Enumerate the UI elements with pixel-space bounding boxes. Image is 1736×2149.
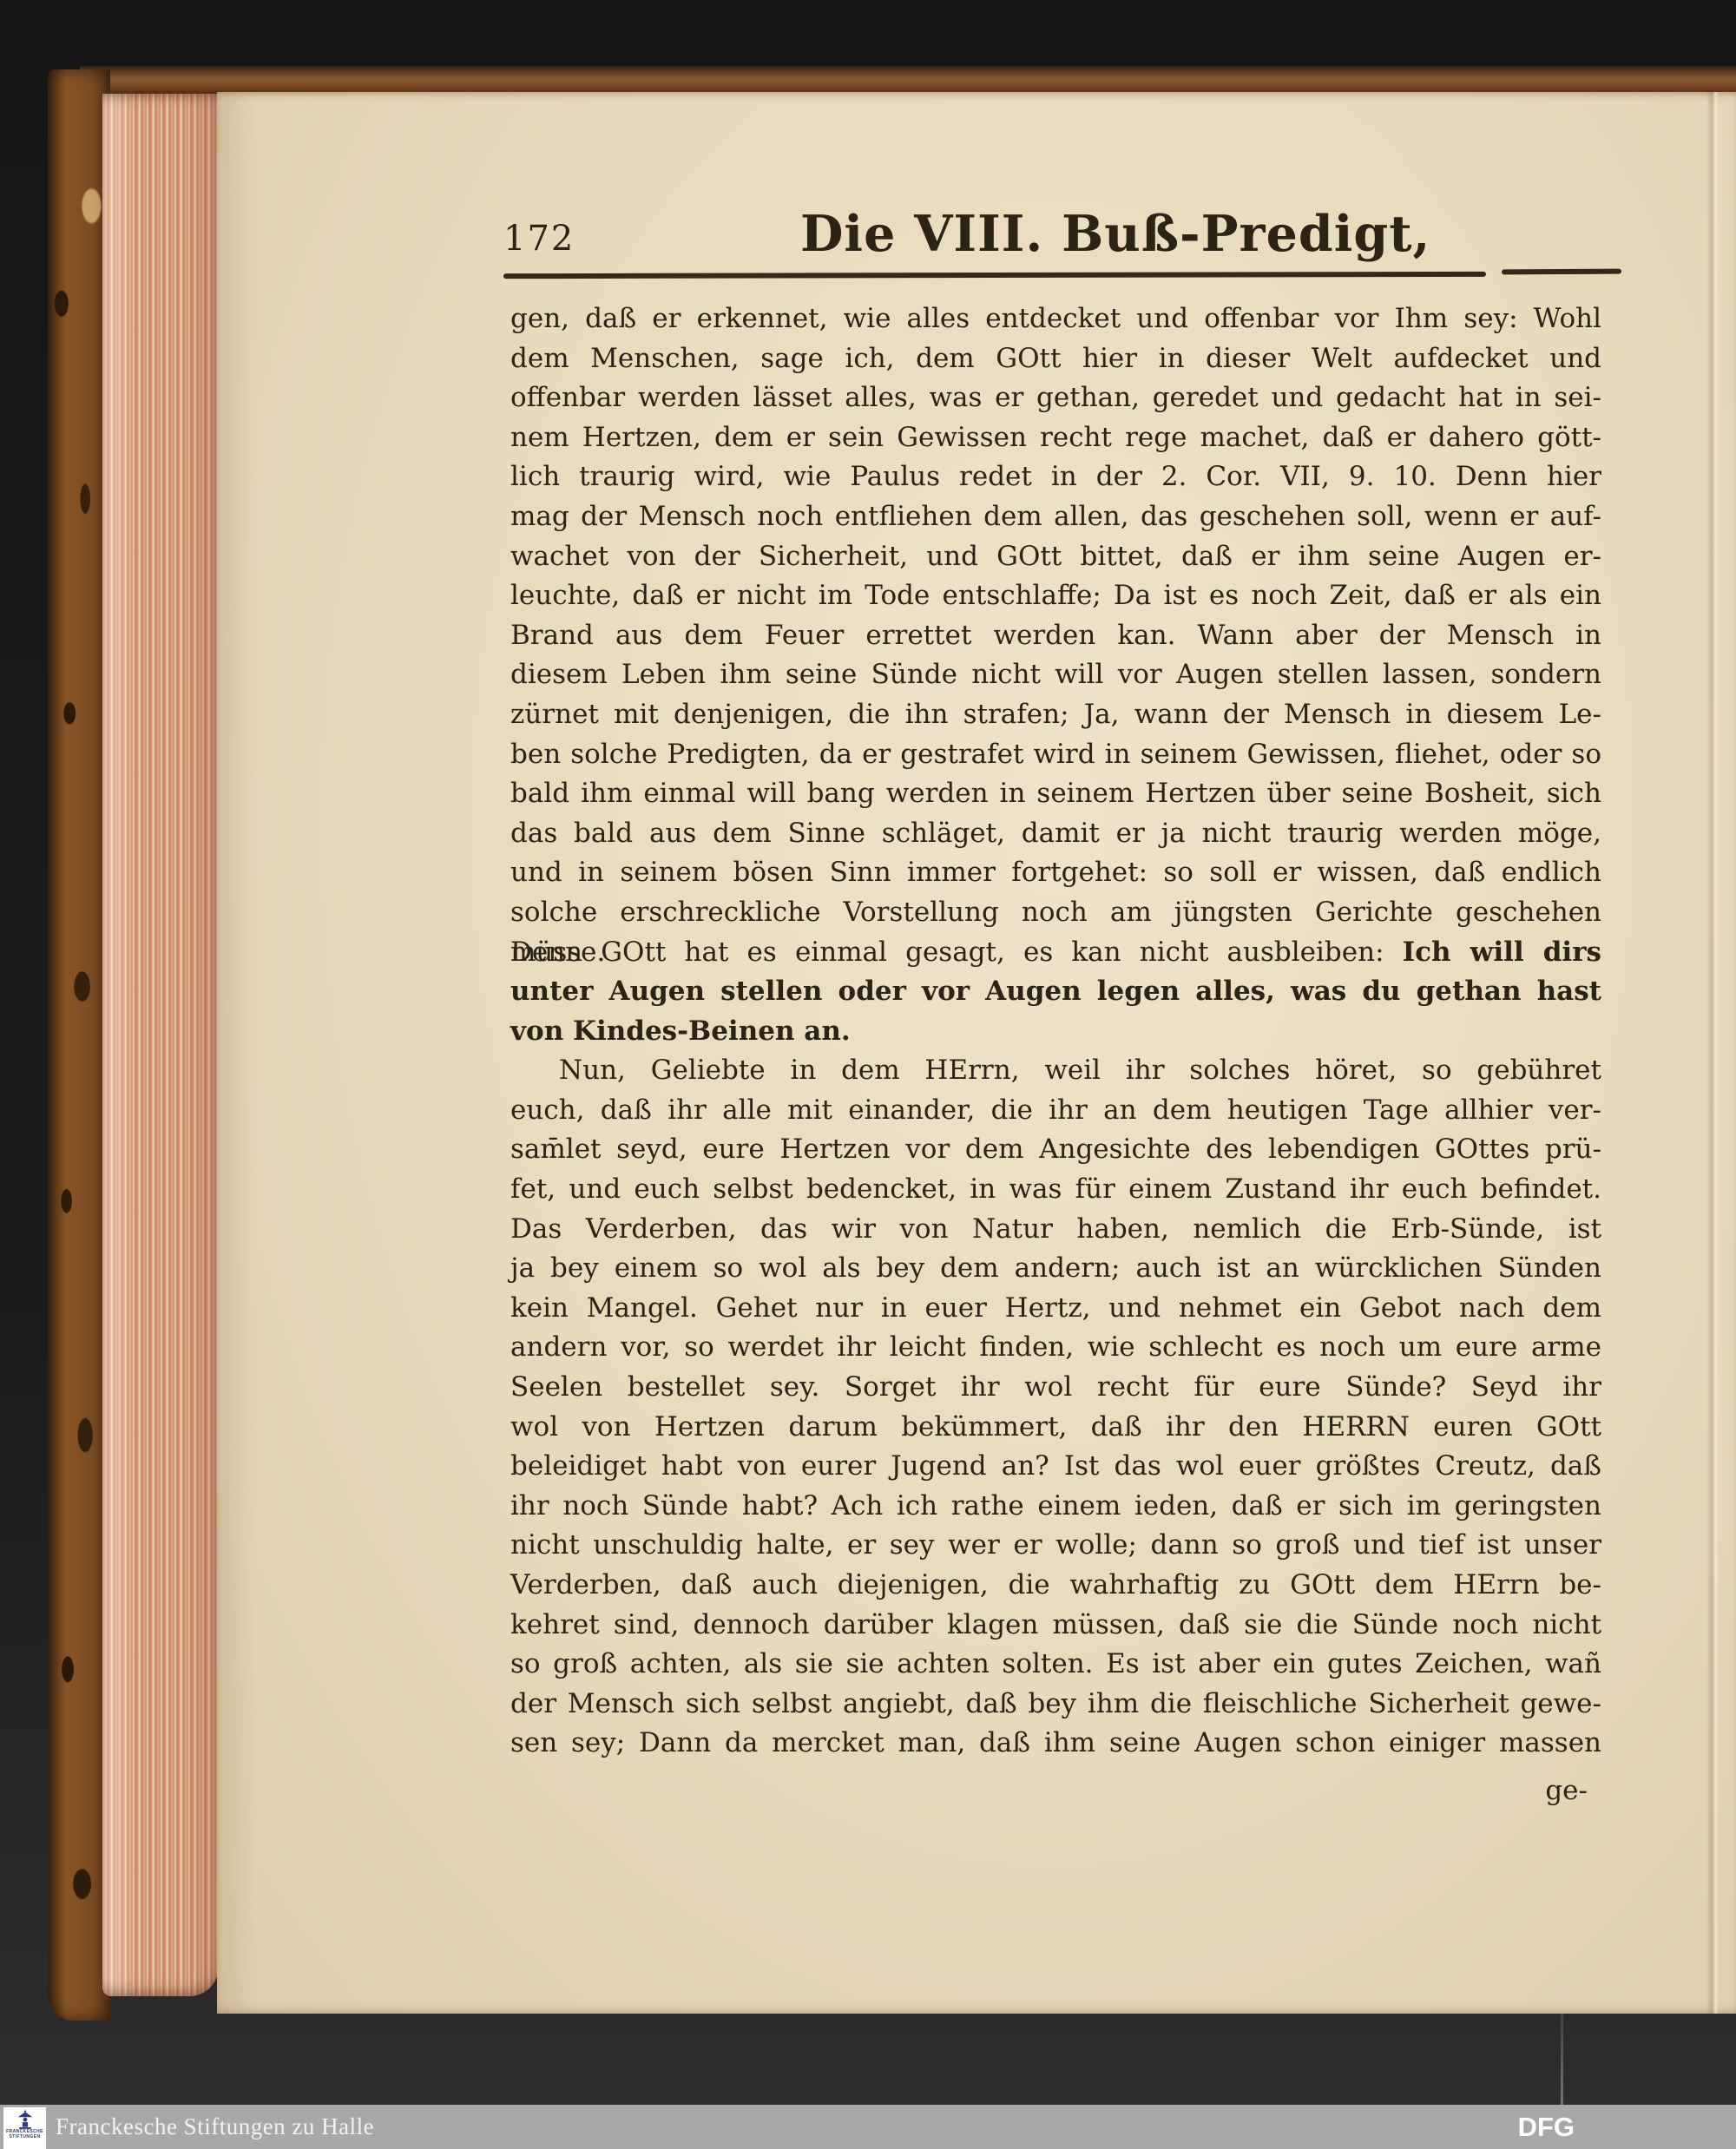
logo-word-2: STIFTUNGEN: [10, 2134, 41, 2139]
text-segment: dem Menschen, sage ich, dem GOtt hier in…: [510, 343, 1601, 374]
text-line: wachet von der Sicherheit, und GOtt bitt…: [510, 537, 1601, 577]
text-segment: fet, und euch selbst bedencket, in was f…: [510, 1173, 1601, 1205]
text-segment: nicht unschuldig halte, er sey wer er wo…: [510, 1529, 1601, 1561]
text-line: offenbar werden lässet alles, was er get…: [510, 378, 1601, 418]
text-segment: beleidiget habt von eurer Jugend an? Ist…: [510, 1450, 1601, 1482]
text-line: von Kindes-Beinen an.: [510, 1012, 1601, 1052]
page-fore-edges: [102, 94, 219, 1996]
emphasized-text: von Kindes-Beinen an.: [510, 1015, 851, 1047]
text-line: und in seinem bösen Sinn immer fortgehet…: [510, 853, 1601, 893]
digitized-book-scan: 172 Die VIII. Buß-Predigt, gen, daß er e…: [0, 0, 1736, 2149]
gutter-shadow: [1706, 92, 1719, 2014]
text-line: nem Hertzen, dem er sein Gewissen recht …: [510, 418, 1601, 458]
text-line: leuchte, daß er nicht im Tode entschlaff…: [510, 576, 1601, 616]
header-rule: [503, 272, 1486, 279]
text-line: lich traurig wird, wie Paulus redet in d…: [510, 457, 1601, 497]
text-segment: Brand aus dem Feuer errettet werden kan.…: [510, 620, 1601, 651]
book-page: 172 Die VIII. Buß-Predigt, gen, daß er e…: [217, 92, 1736, 2014]
text-segment: gen, daß er erkennet, wie alles entdecke…: [510, 303, 1601, 334]
text-line: nicht unschuldig halte, er sey wer er wo…: [510, 1526, 1601, 1566]
text-line: bald ihm einmal will bang werden in sein…: [510, 774, 1601, 814]
text-line: beleidiget habt von eurer Jugend an? Ist…: [510, 1447, 1601, 1487]
text-line: solche erschreckliche Vorstellung noch a…: [510, 893, 1601, 933]
text-line: ihr noch Sünde habt? Ach ich rathe einem…: [510, 1487, 1601, 1527]
text-segment: Seelen bestellet sey. Sorget ihr wol rec…: [510, 1371, 1601, 1403]
text-segment: kehret sind, dennoch darüber klagen müss…: [510, 1609, 1601, 1640]
text-segment: Denn GOtt hat es einmal gesagt, es kan n…: [510, 936, 1403, 968]
text-segment: lich traurig wird, wie Paulus redet in d…: [510, 461, 1601, 492]
text-segment: ben solche Predigten, da er gestrafet wi…: [510, 739, 1601, 770]
text-segment: nem Hertzen, dem er sein Gewissen recht …: [510, 422, 1601, 453]
franckesche-emblem-icon: [16, 2110, 35, 2129]
dfg-logo: DFG: [1518, 2112, 1575, 2143]
emphasized-text: unter Augen stellen oder vor Augen legen…: [510, 976, 1601, 1007]
text-segment: euch, daß ihr alle mit einander, die ihr…: [510, 1094, 1601, 1126]
text-line: Verderben, daß auch diejenigen, die wahr…: [510, 1566, 1601, 1606]
text-line: unter Augen stellen oder vor Augen legen…: [510, 972, 1601, 1012]
text-line: Brand aus dem Feuer errettet werden kan.…: [510, 616, 1601, 656]
text-line: wol von Hertzen darum bekümmert, daß ihr…: [510, 1408, 1601, 1448]
text-line: ben solche Predigten, da er gestrafet wi…: [510, 735, 1601, 775]
text-line: Nun, Geliebte in dem HErrn, weil ihr sol…: [510, 1051, 1601, 1091]
text-segment: leuchte, daß er nicht im Tode entschlaff…: [510, 580, 1601, 611]
text-segment: sam̄let seyd, eure Hertzen vor dem Anges…: [510, 1134, 1601, 1165]
text-line: fet, und euch selbst bedencket, in was f…: [510, 1170, 1601, 1210]
text-line: sen sey; Dann da mercket man, daß ihm se…: [510, 1724, 1601, 1764]
text-line: gen, daß er erkennet, wie alles entdecke…: [510, 299, 1601, 339]
book-cover-top-edge: [80, 66, 1736, 95]
text-segment: so groß achten, als sie sie achten solte…: [510, 1648, 1601, 1679]
text-segment: kein Mangel. Gehet nur in euer Hertz, un…: [510, 1292, 1601, 1324]
text-line: mag der Mensch noch entfliehen dem allen…: [510, 497, 1601, 537]
catchword: ge-: [510, 1771, 1601, 1811]
text-segment: offenbar werden lässet alles, was er get…: [510, 382, 1601, 413]
institution-label: Franckesche Stiftungen zu Halle: [56, 2113, 374, 2140]
text-line: zürnet mit denjenigen, die ihn strafen; …: [510, 695, 1601, 735]
text-segment: Das Verderben, das wir von Natur haben, …: [510, 1213, 1601, 1245]
book-cover-spine: [48, 69, 110, 2021]
text-segment: ja bey einem so wol als bey dem andern; …: [510, 1252, 1601, 1284]
text-segment: wachet von der Sicherheit, und GOtt bitt…: [510, 541, 1601, 572]
text-line: der Mensch sich selbst angiebt, daß bey …: [510, 1685, 1601, 1725]
text-line: kein Mangel. Gehet nur in euer Hertz, un…: [510, 1289, 1601, 1329]
text-line: dem Menschen, sage ich, dem GOtt hier in…: [510, 339, 1601, 379]
viewer-footer-bar: FRANCKESCHE STIFTUNGEN Franckesche Stift…: [0, 2105, 1736, 2149]
text-segment: sen sey; Dann da mercket man, daß ihm se…: [510, 1727, 1601, 1758]
text-line: euch, daß ihr alle mit einander, die ihr…: [510, 1091, 1601, 1131]
text-line: sam̄let seyd, eure Hertzen vor dem Anges…: [510, 1130, 1601, 1170]
text-line: Seelen bestellet sey. Sorget ihr wol rec…: [510, 1368, 1601, 1408]
text-line: Das Verderben, das wir von Natur haben, …: [510, 1210, 1601, 1250]
franckesche-logo: FRANCKESCHE STIFTUNGEN: [3, 2107, 46, 2149]
text-segment: der Mensch sich selbst angiebt, daß bey …: [510, 1688, 1601, 1719]
text-segment: und in seinem bösen Sinn immer fortgehet…: [510, 857, 1601, 888]
text-line: so groß achten, als sie sie achten solte…: [510, 1645, 1601, 1685]
text-segment: mag der Mensch noch entfliehen dem allen…: [510, 501, 1601, 532]
text-segment: wol von Hertzen darum bekümmert, daß ihr…: [510, 1411, 1601, 1443]
text-segment: ihr noch Sünde habt? Ach ich rathe einem…: [510, 1490, 1601, 1521]
text-line: diesem Leben ihm seine Sünde nicht will …: [510, 655, 1601, 695]
text-line: andern vor, so werdet ihr leicht finden,…: [510, 1328, 1601, 1368]
text-segment: Verderben, daß auch diejenigen, die wahr…: [510, 1569, 1601, 1600]
text-segment: Nun, Geliebte in dem HErrn, weil ihr sol…: [559, 1055, 1601, 1086]
text-line: kehret sind, dennoch darüber klagen müss…: [510, 1606, 1601, 1646]
page-number: 172: [503, 219, 575, 259]
text-line: ja bey einem so wol als bey dem andern; …: [510, 1249, 1601, 1289]
body-text: gen, daß er erkennet, wie alles entdecke…: [510, 299, 1601, 1811]
text-segment: andern vor, so werdet ihr leicht finden,…: [510, 1331, 1601, 1363]
text-line: Denn GOtt hat es einmal gesagt, es kan n…: [510, 933, 1601, 973]
page-edge-glint: [1561, 1986, 1563, 2105]
header-rule-segment: [1502, 269, 1621, 275]
text-segment: zürnet mit denjenigen, die ihn strafen; …: [510, 699, 1601, 730]
text-line: das bald aus dem Sinne schläget, damit e…: [510, 814, 1601, 854]
text-segment: bald ihm einmal will bang werden in sein…: [510, 778, 1601, 809]
text-segment: diesem Leben ihm seine Sünde nicht will …: [510, 659, 1601, 690]
running-title: Die VIII. Buß-Predigt,: [800, 205, 1430, 263]
emphasized-text: Ich will dirs: [1403, 936, 1601, 968]
text-segment: das bald aus dem Sinne schläget, damit e…: [510, 818, 1601, 849]
